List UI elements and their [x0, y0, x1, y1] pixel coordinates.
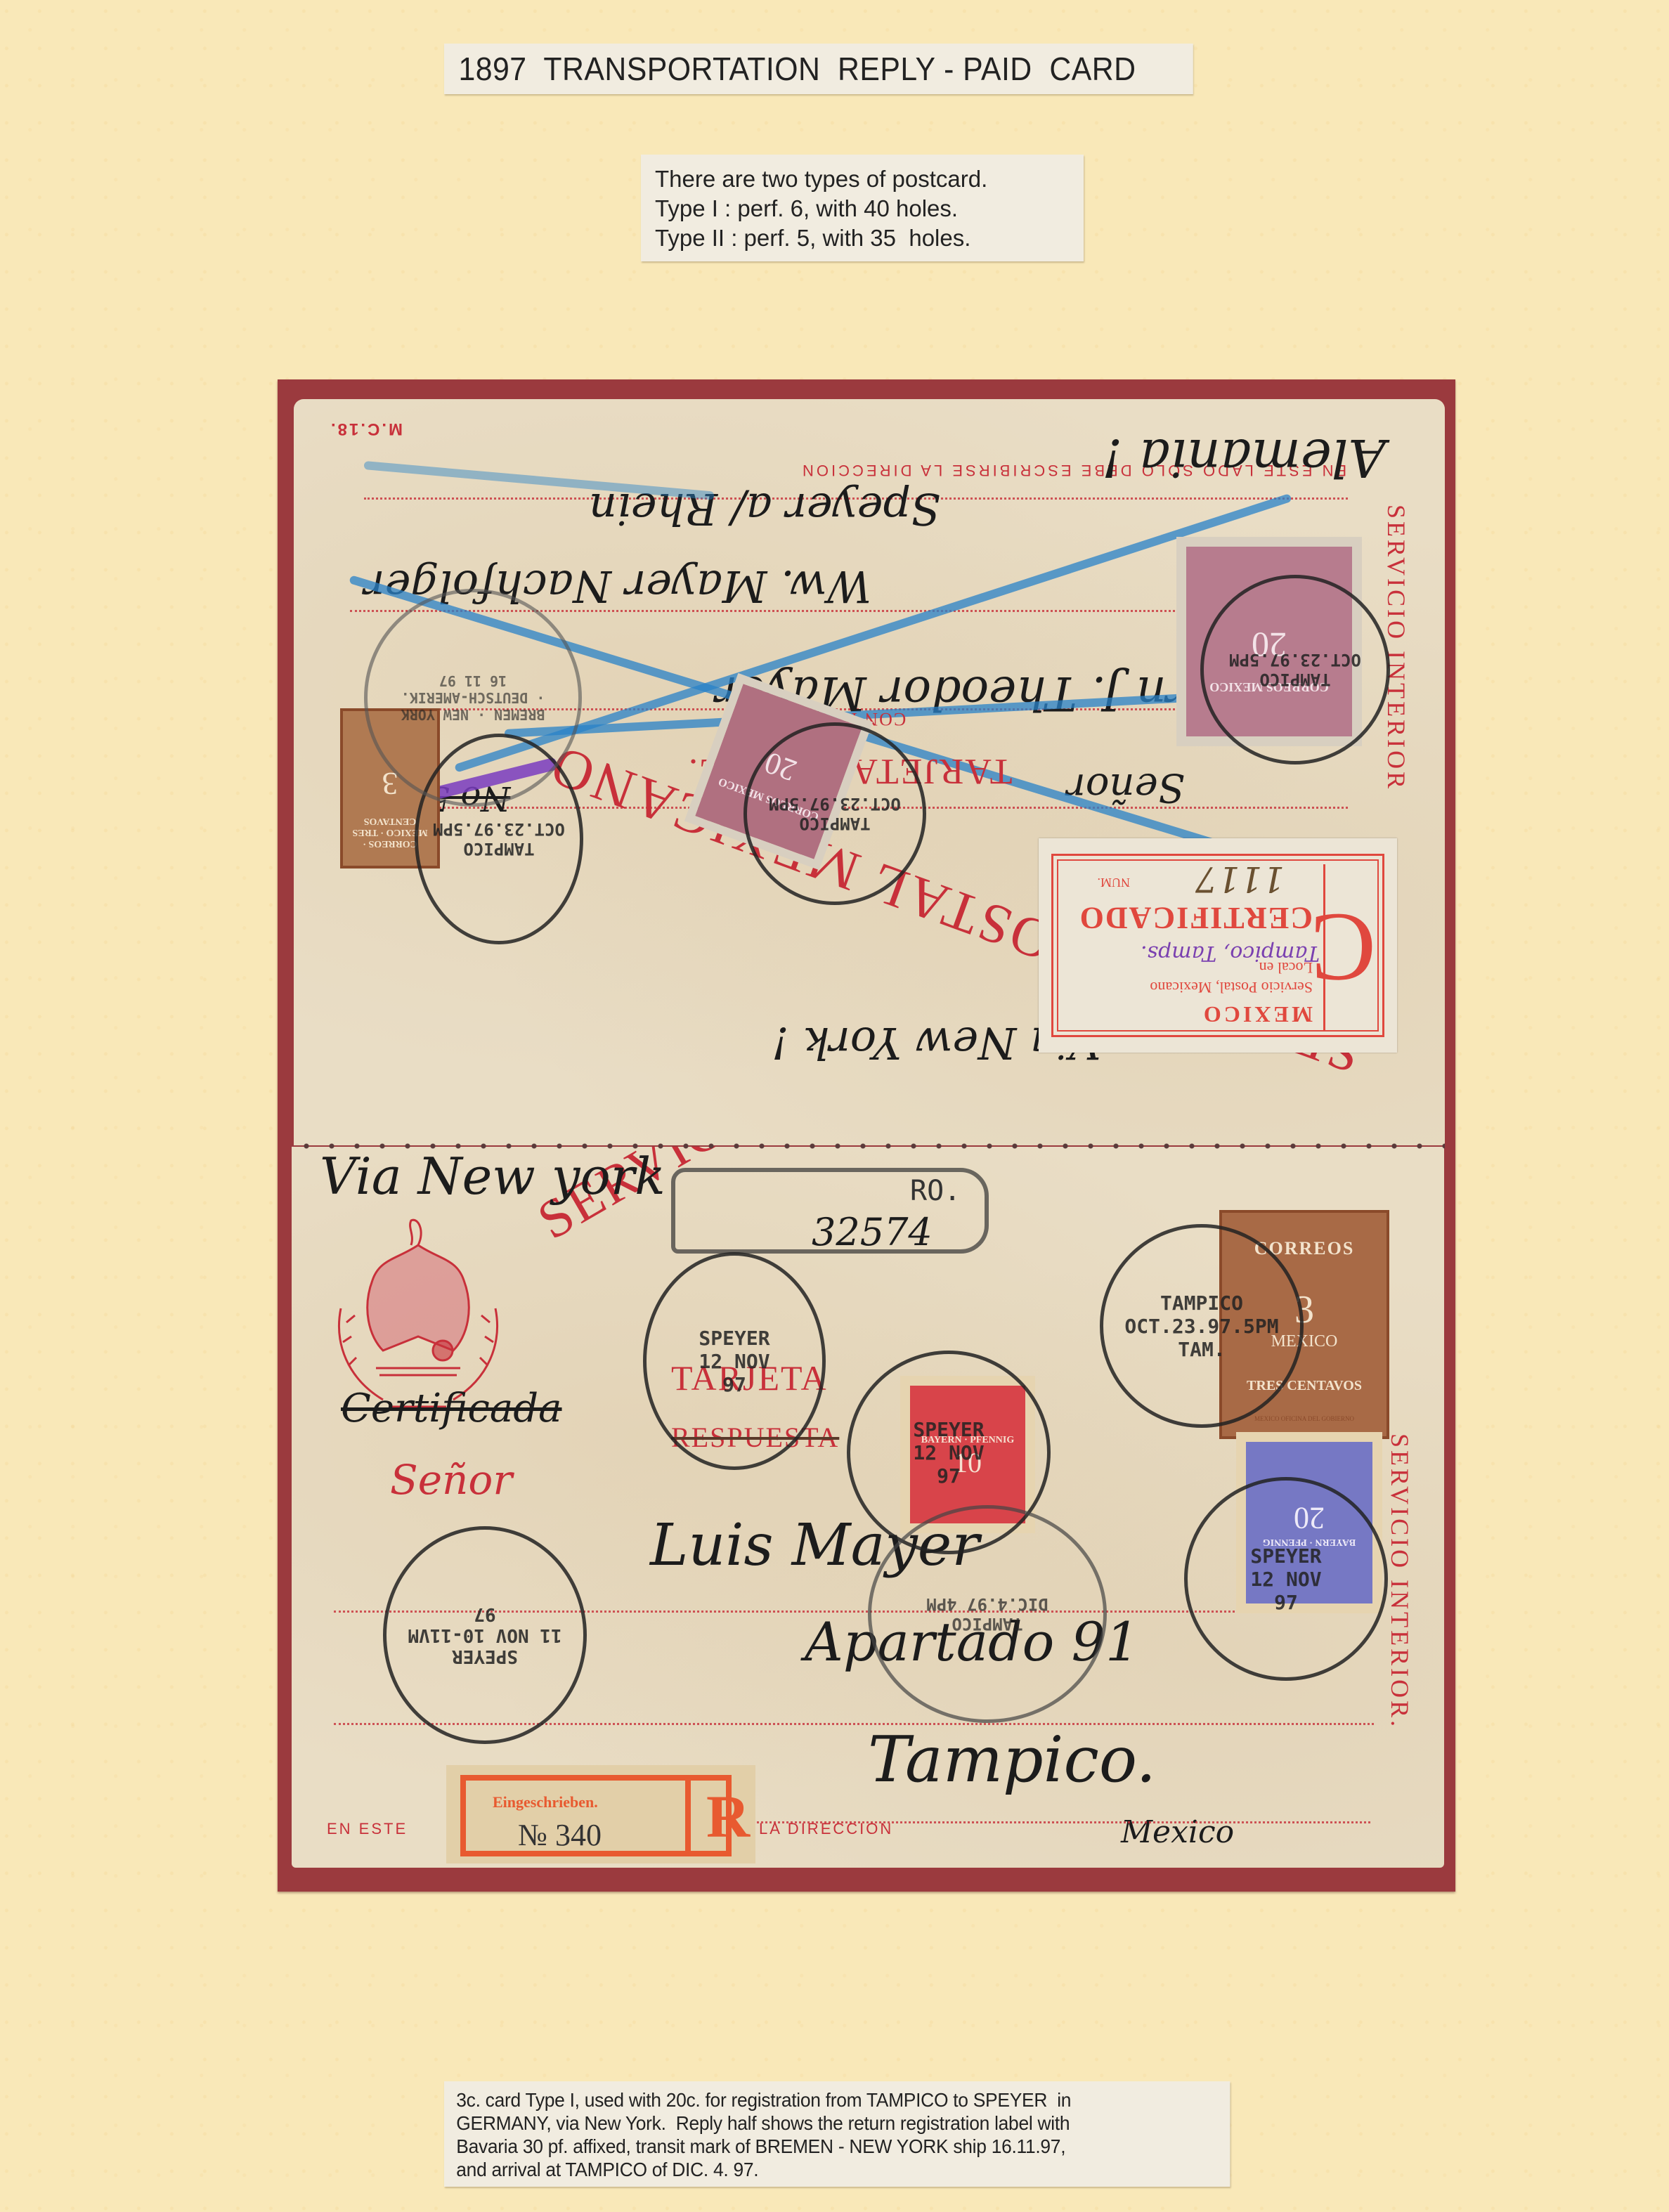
registration-letter: R	[706, 1786, 750, 1847]
postmark-date: 12 NOV	[913, 1441, 984, 1464]
postmark-year: 97	[937, 1464, 961, 1488]
corner-code: M.C.18.	[329, 419, 403, 438]
registration-number-prefix: RO.	[910, 1175, 961, 1207]
postmark-date: 12 NOV	[699, 1350, 769, 1373]
number-value: 340	[555, 1818, 602, 1852]
certificado-number: 1117	[1195, 859, 1285, 899]
postmark-town: TAMPICO	[1160, 1292, 1243, 1315]
number-prefix: №	[518, 1818, 547, 1852]
postmark-date: OCT.23.97.5PM	[769, 794, 901, 814]
instruction-text-left: EN ESTE	[327, 1820, 408, 1838]
postmark-speyer-3: SPEYER 12 NOV 97	[1184, 1477, 1388, 1681]
certificado-label: C MEXICO Servicio Postal, Mexicano Local…	[1039, 838, 1397, 1053]
page-title-label: 1897 TRANSPORTATION REPLY - PAID CARD	[444, 44, 1193, 94]
info-note: There are two types of postcard. Type I …	[641, 155, 1084, 261]
postmark-speyer-1: SPEYER 12 NOV 97	[643, 1252, 826, 1470]
caption-line: Bavaria 30 pf. affixed, transit mark of …	[456, 2135, 1230, 2158]
postmark-speyer-4: SPEYER 11 NOV 10-11VM 97	[383, 1526, 587, 1744]
handwriting-country: Alemania !	[1102, 427, 1386, 488]
handwriting-country: Mexico	[1121, 1814, 1234, 1850]
postmark-town: SPEYER	[452, 1646, 518, 1667]
postmark-town: BREMEN · NEW YORK · DEUTSCH-AMERIK.	[396, 689, 550, 723]
postmark-date: 16 11 97	[439, 672, 507, 689]
card-upper-half: SERVICIO INTERIOR SERVICIO INTERIOR M.C.…	[294, 399, 1445, 1145]
caption-line: 3c. card Type I, used with 20c. for regi…	[456, 2088, 1230, 2112]
info-line: Type I : perf. 6, with 40 holes.	[655, 194, 1084, 223]
blue-crayon-cross	[363, 461, 714, 500]
postmark-town: SPEYER	[1250, 1544, 1321, 1568]
postmark-tampico: TAMPICO OCT.23.97.5PM TAM.	[1100, 1224, 1304, 1428]
postmark-town: SPEYER	[913, 1418, 984, 1441]
registration-number: № 340	[518, 1817, 602, 1853]
postmark-date: 11 NOV 10-11VM	[408, 1625, 561, 1646]
caption-line: and arrival at TAMPICO of DIC. 4. 97.	[456, 2158, 1230, 2181]
registration-number-handwritten: 32574	[812, 1210, 933, 1254]
registration-title: Eingeschrieben.	[493, 1793, 598, 1811]
perforation-tear-line	[294, 1140, 1445, 1152]
postmark-tampico-arrival: TAMPICO DIC.4.97 4PM	[868, 1505, 1107, 1723]
postmark-town: TAMPICO	[463, 839, 534, 859]
page-title: 1897 TRANSPORTATION REPLY - PAID CARD	[458, 50, 1136, 88]
handwriting-via: Via New york	[320, 1147, 665, 1206]
registration-label-eingeschrieben: R Eingeschrieben. № 340	[446, 1765, 755, 1863]
postmark-date: 12 NOV	[1250, 1568, 1321, 1591]
postmark-tampico-3: TAMPICO OCT.23.97.5PM	[743, 722, 926, 905]
postmark-year: 97	[1274, 1591, 1298, 1614]
side-text: SERVICIO INTERIOR.	[1386, 1433, 1414, 1729]
card-lower-half: SERVICIO INTERIOR. SERVICIO INTERIOR. SE…	[292, 1147, 1444, 1868]
description-caption: 3c. card Type I, used with 20c. for regi…	[444, 2081, 1230, 2187]
postmark-town: TAMPICO	[799, 814, 870, 833]
certificado-big-letter: C	[1323, 864, 1376, 1030]
senor-printed: Señor	[390, 1456, 512, 1504]
certificado-country: MEXICO	[1201, 1001, 1313, 1027]
postmark-town: SPEYER	[699, 1327, 769, 1350]
handwriting-struck-certificada: Certificada	[341, 1386, 562, 1431]
postmark-tampico-2: TAMPICO OCT.23.97.5PM	[1200, 575, 1390, 765]
instruction-text-right: LA DIRECCION	[759, 1820, 893, 1838]
postmark-date: OCT.23.97.5PM	[1124, 1315, 1278, 1338]
certificado-line1: Servicio Postal, Mexicano	[1150, 978, 1313, 996]
caption-line: GERMANY, via New York. Reply half shows …	[456, 2112, 1230, 2135]
handwriting-city: Tampico.	[868, 1723, 1156, 1797]
certificado-title: CERTIFICADO	[1079, 900, 1313, 936]
postmark-year: 97	[722, 1373, 746, 1396]
certificado-num-label: NUM.	[1097, 875, 1130, 890]
info-line: There are two types of postcard.	[655, 164, 1084, 194]
info-line: Type II : perf. 5, with 35 holes.	[655, 223, 1084, 253]
postmark-bottom: TAM.	[1178, 1338, 1225, 1361]
postmark-town: TAMPICO	[952, 1614, 1022, 1634]
side-text-right: SERVICIO INTERIOR.	[1385, 1433, 1415, 1729]
postmark-town: TAMPICO	[1259, 670, 1330, 689]
postmark-date: OCT.23.97.5PM	[433, 819, 565, 839]
certificado-office-stamp: Tampico, Tamps.	[1141, 941, 1320, 965]
postmark-date: DIC.4.97 4PM	[926, 1594, 1048, 1614]
postmark-year: 97	[474, 1603, 495, 1625]
postmark-bremen-new-york-ship: BREMEN · NEW YORK · DEUTSCH-AMERIK. 16 1…	[364, 589, 582, 807]
postmark-date: OCT.23.97.5PM	[1229, 650, 1361, 670]
